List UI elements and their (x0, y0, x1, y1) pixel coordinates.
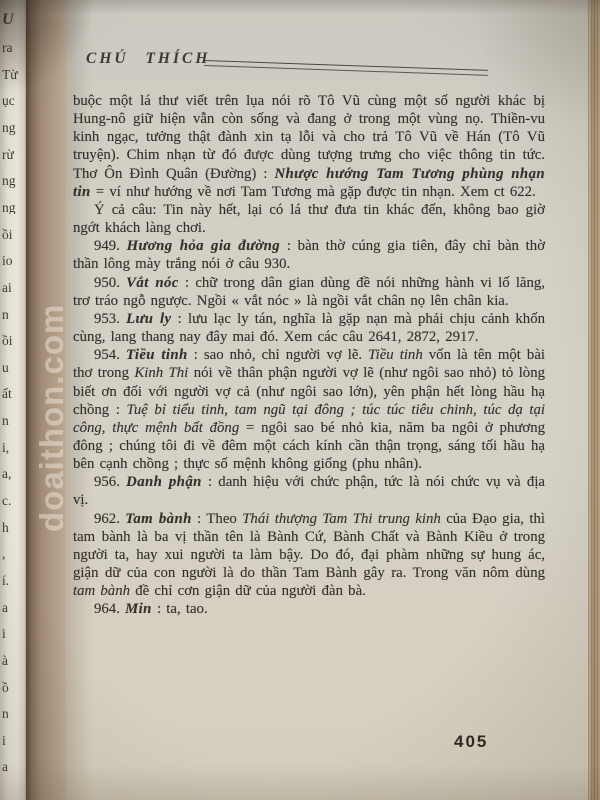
previous-page-edge-fragments: UraTừụcngrừngngồiioainồiuấtni,a,c.h,í.ai… (2, 12, 22, 774)
paragraph: 956. Danh phận : danh hiệu với chức phận… (73, 473, 545, 509)
paragraph: Ý cả câu: Tin này hết, lại có lá thư đưa… (73, 201, 545, 237)
edge-fragment: rừ (2, 148, 22, 162)
edge-fragment: ồi (2, 228, 22, 242)
edge-fragment: h (2, 521, 22, 535)
paragraph: 964. Min : ta, tao. (73, 600, 545, 618)
edge-fragment: c. (2, 494, 22, 508)
paragraph: 954. Tiều tinh : sao nhỏ, chỉ người vợ l… (73, 346, 545, 473)
edge-fragment: n (2, 707, 22, 721)
edge-fragment: ồ (2, 681, 22, 695)
edge-fragment: ng (2, 121, 22, 135)
edge-fragment: n (2, 414, 22, 428)
edge-fragment: u (2, 361, 22, 375)
page-number: 405 (454, 732, 488, 752)
note-text: buộc một lá thư viết trên lụa nói rõ Tô … (73, 92, 545, 619)
edge-fragment: i (2, 734, 22, 748)
paragraph: 962. Tam bành : Theo Thái thượng Tam Thi… (73, 510, 545, 601)
edge-fragment: ất (2, 387, 22, 401)
edge-fragment: a (2, 601, 22, 615)
edge-fragment: i (2, 627, 22, 641)
edge-fragment: n (2, 308, 22, 322)
paragraph: 949. Hương hỏa gia đường : bàn thờ cúng … (73, 237, 545, 273)
edge-fragment: ục (2, 94, 22, 108)
edge-fragment: ồi (2, 334, 22, 348)
edge-fragment: ng (2, 201, 22, 215)
page-header-title: CHÚ THÍCH (86, 50, 210, 68)
edge-fragment: U (2, 12, 22, 28)
edge-fragment: í. (2, 574, 22, 588)
page-surface: CHÚ THÍCH buộc một lá thư viết trên lụa … (66, 0, 588, 800)
edge-fragment: , (2, 547, 22, 561)
paragraph: 953. Lưu ly : lưu lạc ly tán, nghĩa là g… (73, 310, 545, 346)
paragraph: 950. Vắt nóc : chữ trong dân gian dùng đ… (73, 274, 545, 310)
header-rule (204, 60, 488, 76)
edge-fragment: à (2, 654, 22, 668)
edge-fragment: i, (2, 441, 22, 455)
paragraph: buộc một lá thư viết trên lụa nói rõ Tô … (73, 92, 545, 201)
book-photo: UraTừụcngrừngngồiioainồiuấtni,a,c.h,í.ai… (0, 0, 600, 800)
previous-page-edge: UraTừụcngrừngngồiioainồiuấtni,a,c.h,í.ai… (0, 0, 26, 800)
edge-fragment: a (2, 760, 22, 774)
edge-fragment: a, (2, 467, 22, 481)
edge-fragment: io (2, 254, 22, 268)
edge-fragment: ai (2, 281, 22, 295)
edge-fragment: ng (2, 174, 22, 188)
edge-fragment: ra (2, 41, 22, 55)
book-fore-edge (588, 0, 600, 800)
edge-fragment: Từ (2, 68, 22, 82)
